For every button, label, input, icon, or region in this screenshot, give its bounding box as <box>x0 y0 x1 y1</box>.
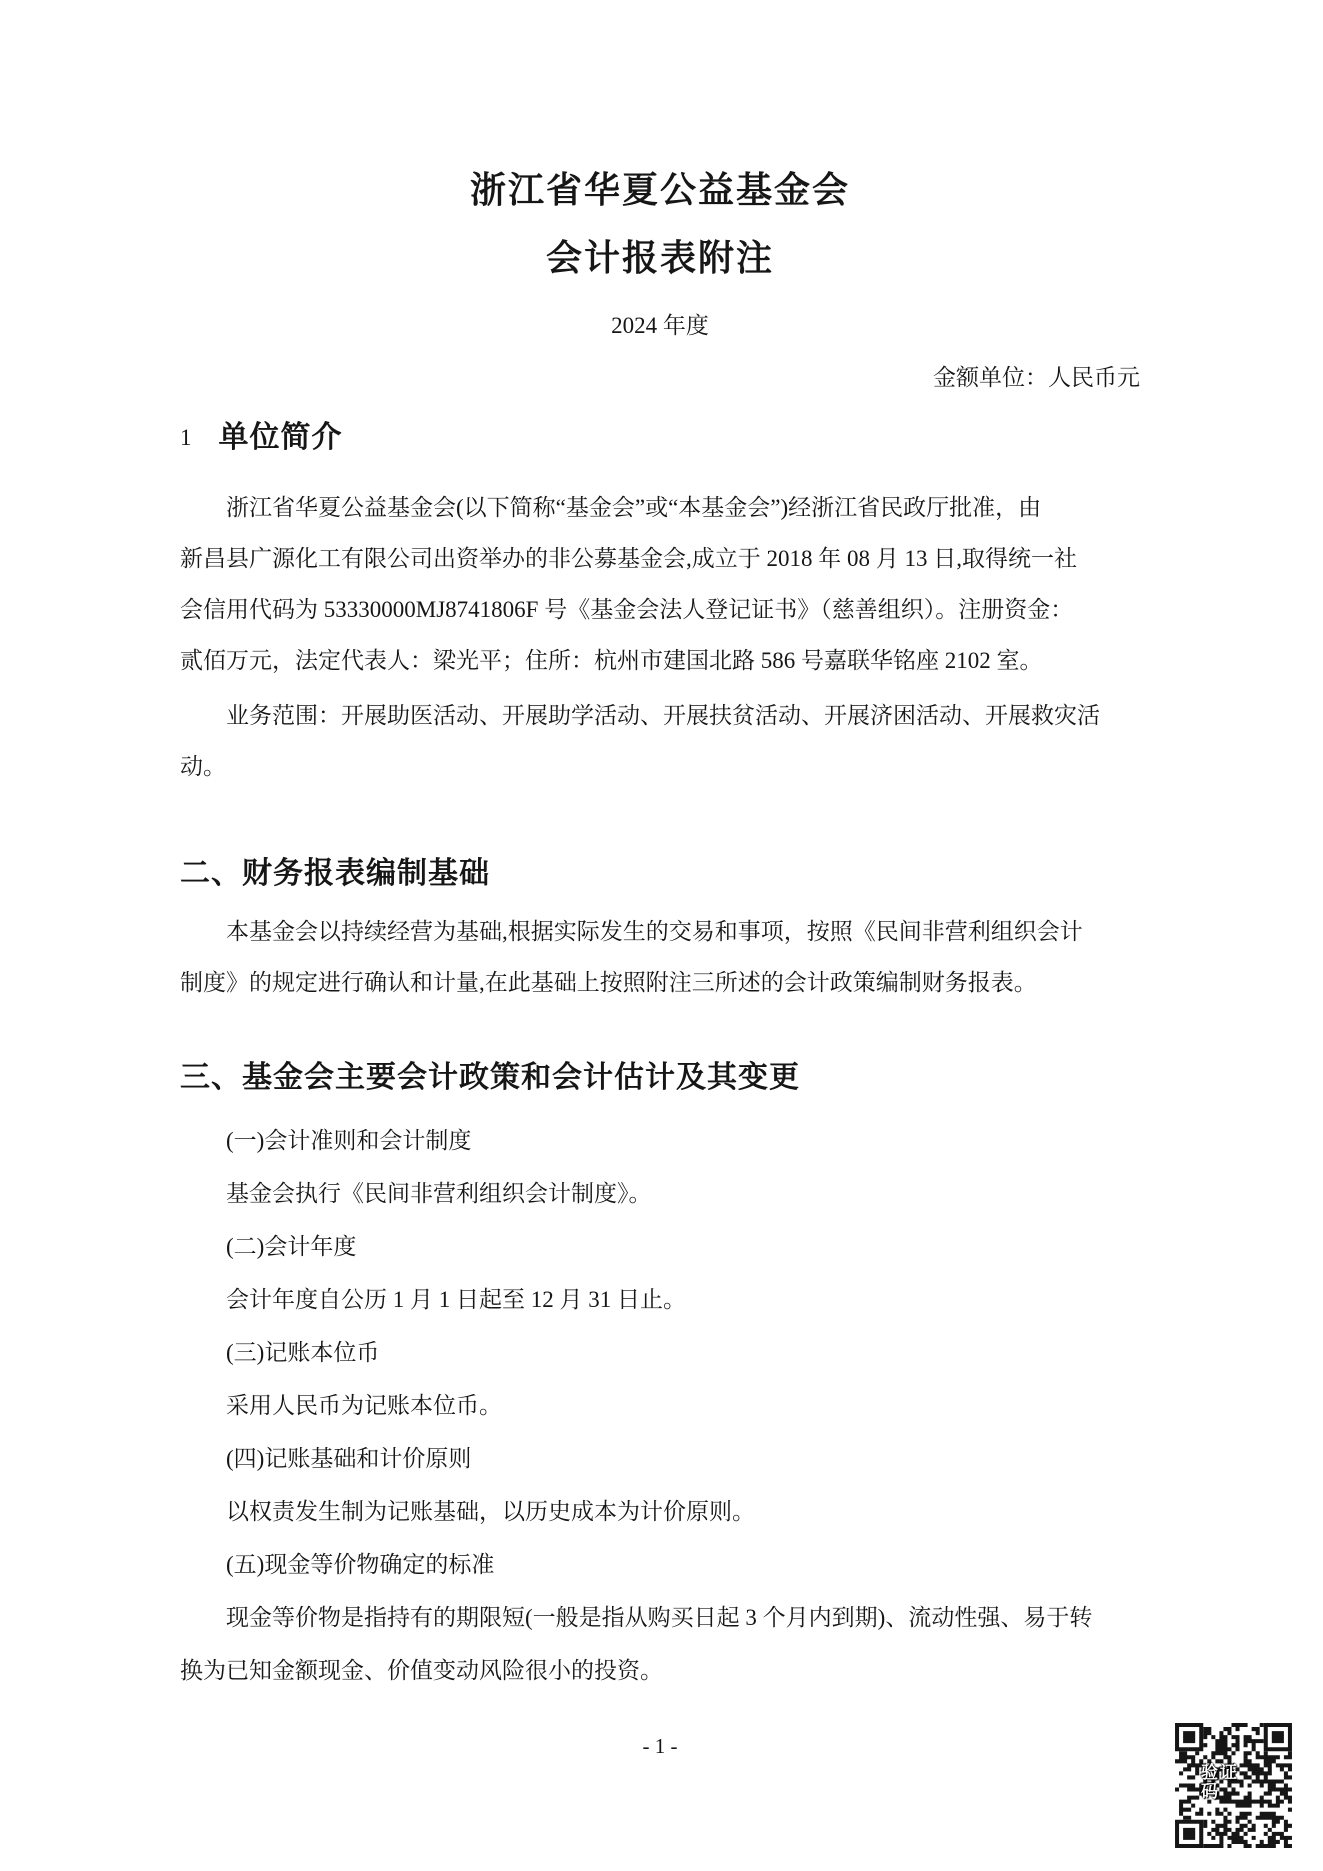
policy-item: (一)会计准则和会计制度 <box>180 1114 1140 1167</box>
policy-item: (五)现金等价物确定的标准 <box>180 1538 1140 1591</box>
paragraph-line: 浙江省华夏公益基金会(以下简称“基金会”或“本基金会”)经浙江省民政厅批准，由 <box>180 482 1140 533</box>
paragraph-line: 本基金会以持续经营为基础,根据实际发生的交易和事项，按照《民间非营利组织会计 <box>180 906 1140 957</box>
policy-item: 采用人民币为记账本位币。 <box>180 1379 1140 1432</box>
doc-period: 2024 年度 <box>180 312 1140 340</box>
policy-item: 以权责发生制为记账基础，以历史成本为计价原则。 <box>180 1485 1140 1538</box>
policy-item: 会计年度自公历 1 月 1 日起至 12 月 31 日止。 <box>180 1273 1140 1326</box>
section1-heading: 1单位简介 <box>180 418 1140 458</box>
section3-heading: 三、基金会主要会计政策和会计估计及其变更 <box>180 1058 1140 1098</box>
section3-policy-list: (一)会计准则和会计制度 基金会执行《民间非营利组织会计制度》。 (二)会计年度… <box>180 1114 1140 1697</box>
section1-heading-label: 单位简介 <box>219 421 343 454</box>
policy-item: 换为已知金额现金、价值变动风险很小的投资。 <box>180 1644 1140 1697</box>
paragraph-line: 制度》的规定进行确认和计量,在此基础上按照附注三所述的会计政策编制财务报表。 <box>180 957 1140 1008</box>
policy-item: 现金等价物是指持有的期限短(一般是指从购买日起 3 个月内到期)、流动性强、易于… <box>180 1591 1140 1644</box>
policy-item: 基金会执行《民间非营利组织会计制度》。 <box>180 1167 1140 1220</box>
paragraph-line: 动。 <box>180 741 1140 792</box>
section1-number: 1 <box>180 425 193 450</box>
verification-qr-code: 验证 码 <box>1175 1723 1292 1848</box>
section1-paragraph2: 业务范围：开展助医活动、开展助学活动、开展扶贫活动、开展济困活动、开展救灾活 动… <box>180 690 1140 792</box>
currency-unit-note: 金额单位：人民币元 <box>180 364 1140 392</box>
doc-title-report-name: 会计报表附注 <box>180 236 1140 280</box>
section2-paragraph: 本基金会以持续经营为基础,根据实际发生的交易和事项，按照《民间非营利组织会计 制… <box>180 906 1140 1008</box>
policy-item: (二)会计年度 <box>180 1220 1140 1273</box>
doc-title-org-name: 浙江省华夏公益基金会 <box>180 168 1140 212</box>
document-page: 浙江省华夏公益基金会 会计报表附注 2024 年度 金额单位：人民币元 1单位简… <box>0 0 1323 1871</box>
qr-verification-label: 验证 码 <box>1201 1763 1271 1801</box>
qr-label-line2: 码 <box>1201 1782 1220 1801</box>
section1-paragraph1: 浙江省华夏公益基金会(以下简称“基金会”或“本基金会”)经浙江省民政厅批准，由 … <box>180 482 1140 686</box>
paragraph-line: 贰佰万元，法定代表人：梁光平；住所：杭州市建国北路 586 号嘉联华铭座 210… <box>180 635 1140 686</box>
section2-heading: 二、财务报表编制基础 <box>180 854 1140 894</box>
policy-item: (三)记账本位币 <box>180 1326 1140 1379</box>
paragraph-line: 会信用代码为 53330000MJ8741806F 号《基金会法人登记证书》（慈… <box>180 584 1140 635</box>
document-content: 浙江省华夏公益基金会 会计报表附注 2024 年度 金额单位：人民币元 1单位简… <box>180 0 1140 1697</box>
qr-label-line1: 验证 <box>1201 1763 1239 1782</box>
policy-item: (四)记账基础和计价原则 <box>180 1432 1140 1485</box>
paragraph-line: 新昌县广源化工有限公司出资举办的非公募基金会,成立于 2018 年 08 月 1… <box>180 533 1140 584</box>
paragraph-line: 业务范围：开展助医活动、开展助学活动、开展扶贫活动、开展济困活动、开展救灾活 <box>180 690 1140 741</box>
page-number: - 1 - <box>180 1734 1140 1758</box>
